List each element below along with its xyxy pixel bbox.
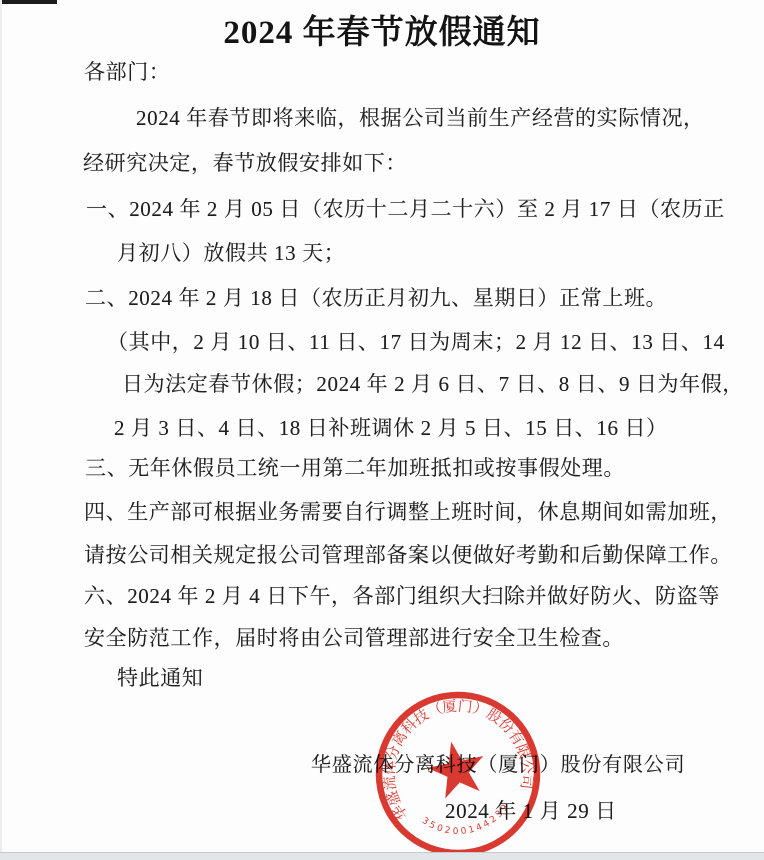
item6-line-2: 安全防范工作，届时将由公司管理部进行安全卫生检查。 xyxy=(84,622,624,652)
intro-line-2: 经研究决定，春节放假安排如下： xyxy=(83,147,407,177)
signature-date: 2024 年 1 月 29 日 xyxy=(445,795,617,825)
item3-line: 三、无年休假员工统一用第二年加班抵扣或按事假处理。 xyxy=(85,452,625,482)
salutation: 各部门： xyxy=(84,56,170,86)
document-title: 2024 年春节放假通知 xyxy=(0,6,764,53)
scan-artifact-left-edge xyxy=(0,0,2,860)
notice-document: 2024 年春节放假通知 各部门： 2024 年春节即将来临，根据公司当前生产经… xyxy=(0,0,764,860)
item6-line-1: 六、2024 年 2 月 4 日下午，各部门组织大扫除并做好防火、防盗等 xyxy=(84,580,720,610)
item4-line-1: 四、生产部可根据业务需要自行调整上班时间，休息期间如需加班， xyxy=(84,496,732,526)
scan-artifact-top-bar xyxy=(0,0,57,4)
signature-company: 华盛流体分离科技（厦门）股份有限公司 xyxy=(311,748,685,777)
item2-note-1: （其中，2 月 10 日、11 日、17 日为周末；2 月 12 日、13 日、… xyxy=(107,326,725,356)
item2-note-2: 日为法定春节休假；2024 年 2 月 6 日、7 日、8 日、9 日为年假， xyxy=(122,368,744,398)
item1-line-1: 一、2024 年 2 月 05 日（农历十二月二十六）至 2 月 17 日（农历… xyxy=(86,193,725,223)
page-bottom-edge xyxy=(0,852,764,860)
closing-notice: 特此通知 xyxy=(117,662,203,692)
item1-line-2: 月初八）放假共 13 天； xyxy=(117,237,345,267)
item2-note-3: 2 月 3 日、4 日、18 日补班调休 2 月 5 日、15 日、16 日） xyxy=(114,412,668,442)
item4-line-2: 请按公司相关规定报公司管理部备案以便做好考勤和后勤保障工作。 xyxy=(84,539,732,569)
item2-line-1: 二、2024 年 2 月 18 日（农历正月初九、星期日）正常上班。 xyxy=(85,282,667,312)
intro-line-1: 2024 年春节即将来临，根据公司当前生产经营的实际情况， xyxy=(136,102,705,132)
